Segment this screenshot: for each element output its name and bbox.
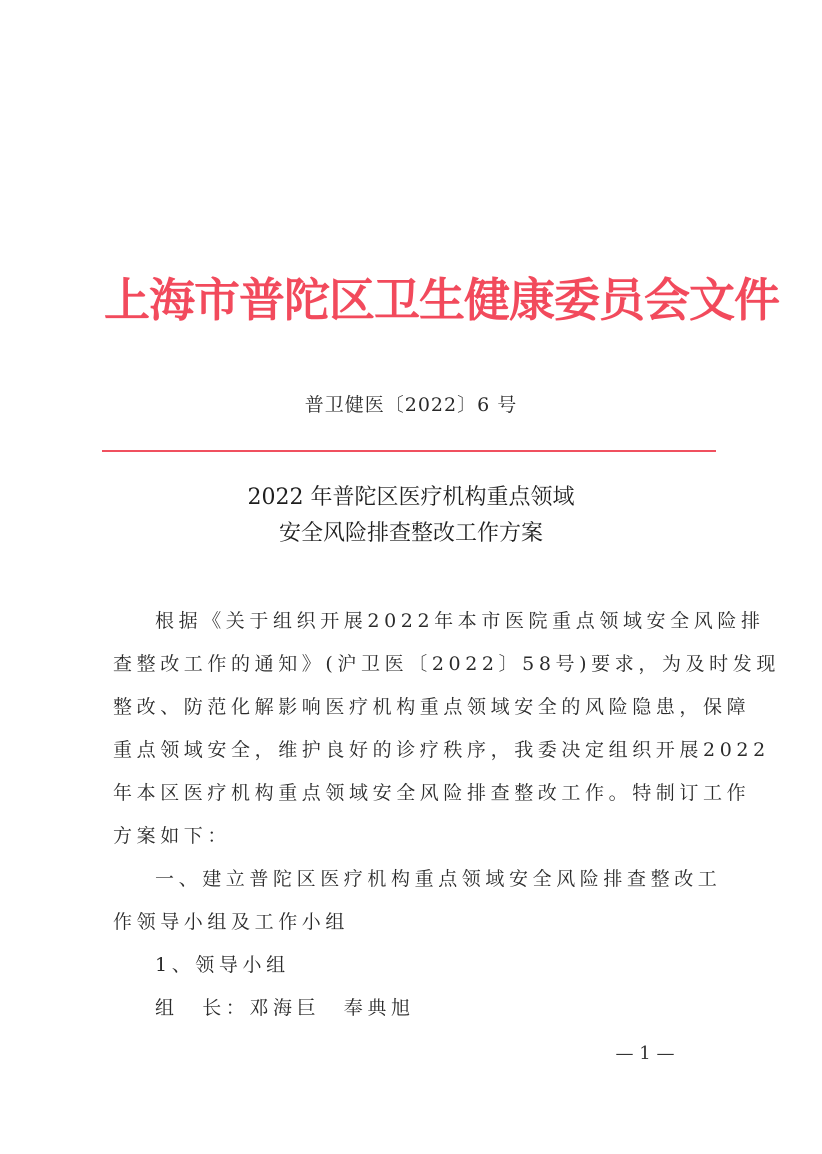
group-leader-line: 组 长：邓海巨 奉典旭 [113, 987, 713, 1030]
paragraph-line: 根据《关于组织开展2022年本市医院重点领域安全风险排 [113, 600, 713, 643]
section-heading-line: 作领导小组及工作小组 [113, 901, 713, 944]
document-title-line-2: 安全风险排查整改工作方案 [0, 516, 822, 552]
document-page: 上海市普陀区卫生健康委员会文件 普卫健医〔2022〕6 号 2022 年普陀区医… [0, 0, 822, 1154]
page-number: — 1 — [600, 1042, 690, 1066]
document-title: 2022 年普陀区医疗机构重点领域 安全风险排查整改工作方案 [0, 480, 822, 552]
issuer-red-header: 上海市普陀区卫生健康委员会文件 [104, 268, 718, 332]
document-body: 根据《关于组织开展2022年本市医院重点领域安全风险排 查整改工作的通知》(沪卫… [113, 600, 713, 1030]
red-separator-rule [102, 450, 716, 452]
paragraph-line: 重点领域安全，维护良好的诊疗秩序，我委决定组织开展2022 [113, 729, 713, 772]
document-title-line-1: 2022 年普陀区医疗机构重点领域 [0, 480, 822, 516]
paragraph-line: 整改、防范化解影响医疗机构重点领域安全的风险隐患，保障 [113, 686, 713, 729]
paragraph-line: 年本区医疗机构重点领域安全风险排查整改工作。特制订工作 [113, 772, 713, 815]
subsection-heading: 1、领导小组 [113, 944, 713, 987]
document-number: 普卫健医〔2022〕6 号 [0, 390, 822, 420]
section-heading-line: 一、建立普陀区医疗机构重点领域安全风险排查整改工 [113, 858, 713, 901]
paragraph-line: 查整改工作的通知》(沪卫医〔2022〕58号)要求，为及时发现 [113, 643, 713, 686]
paragraph-line: 方案如下： [113, 815, 713, 858]
